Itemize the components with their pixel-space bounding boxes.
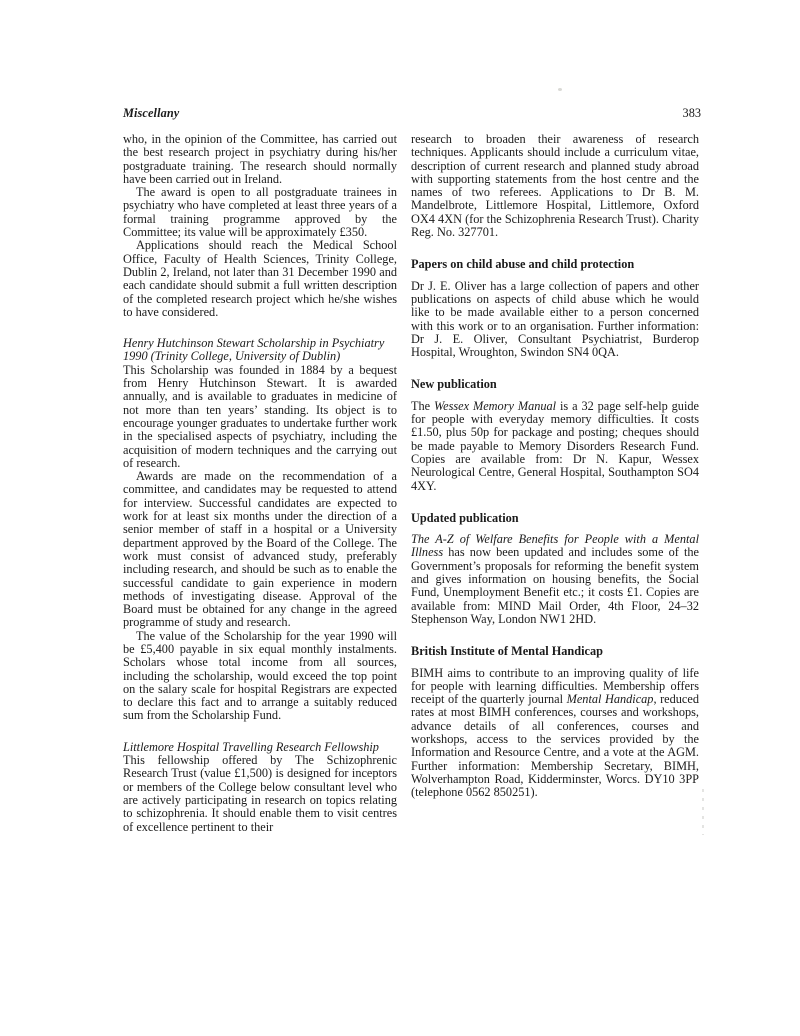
heading-stewart-scholarship: Henry Hutchinson Stewart Scholarship in … [123,337,397,364]
heading-littlemore-fellowship: Littlemore Hospital Travelling Research … [123,741,397,754]
paragraph-welfare-benefits: The A-Z of Welfare Benefits for People w… [411,533,699,626]
running-head: Miscellany 383 [123,107,701,120]
heading-new-publication: New publication [411,378,699,391]
right-column: research to broaden their awareness of r… [411,133,699,834]
heading-bimh: British Institute of Mental Handicap [411,645,699,658]
paragraph-award-eligibility: The award is open to all postgraduate tr… [123,186,397,239]
page-content: Miscellany 383 who, in the opinion of th… [123,107,701,834]
paragraph-wessex-memory-manual: The Wessex Memory Manual is a 32 page se… [411,400,699,493]
heading-papers-child-abuse: Papers on child abuse and child protecti… [411,258,699,271]
paragraph-fellowship-description: This fellowship offered by The Schizophr… [123,754,397,834]
paragraph-scholarship-history: This Scholarship was founded in 1884 by … [123,364,397,470]
paragraph-bimh-membership: BIMH aims to contribute to an improving … [411,667,699,800]
scan-edge-marks [702,789,704,835]
journal-page: Miscellany 383 who, in the opinion of th… [0,0,800,1036]
scan-speck [558,88,562,91]
paragraph-scholarship-value: The value of the Scholarship for the yea… [123,630,397,723]
paragraph-fellowship-continued: research to broaden their awareness of r… [411,133,699,239]
paragraph-continued-from-previous-page: who, in the opinion of the Committee, ha… [123,133,397,186]
paragraph-oliver-papers: Dr J. E. Oliver has a large collection o… [411,280,699,360]
section-title: Miscellany [123,107,179,120]
paragraph-application-instructions: Applications should reach the Medical Sc… [123,239,397,319]
paragraph-awards-conditions: Awards are made on the recommendation of… [123,470,397,630]
page-number: 383 [683,107,701,120]
two-column-layout: who, in the opinion of the Committee, ha… [123,133,701,834]
left-column: who, in the opinion of the Committee, ha… [123,133,397,834]
heading-updated-publication: Updated publication [411,512,699,525]
